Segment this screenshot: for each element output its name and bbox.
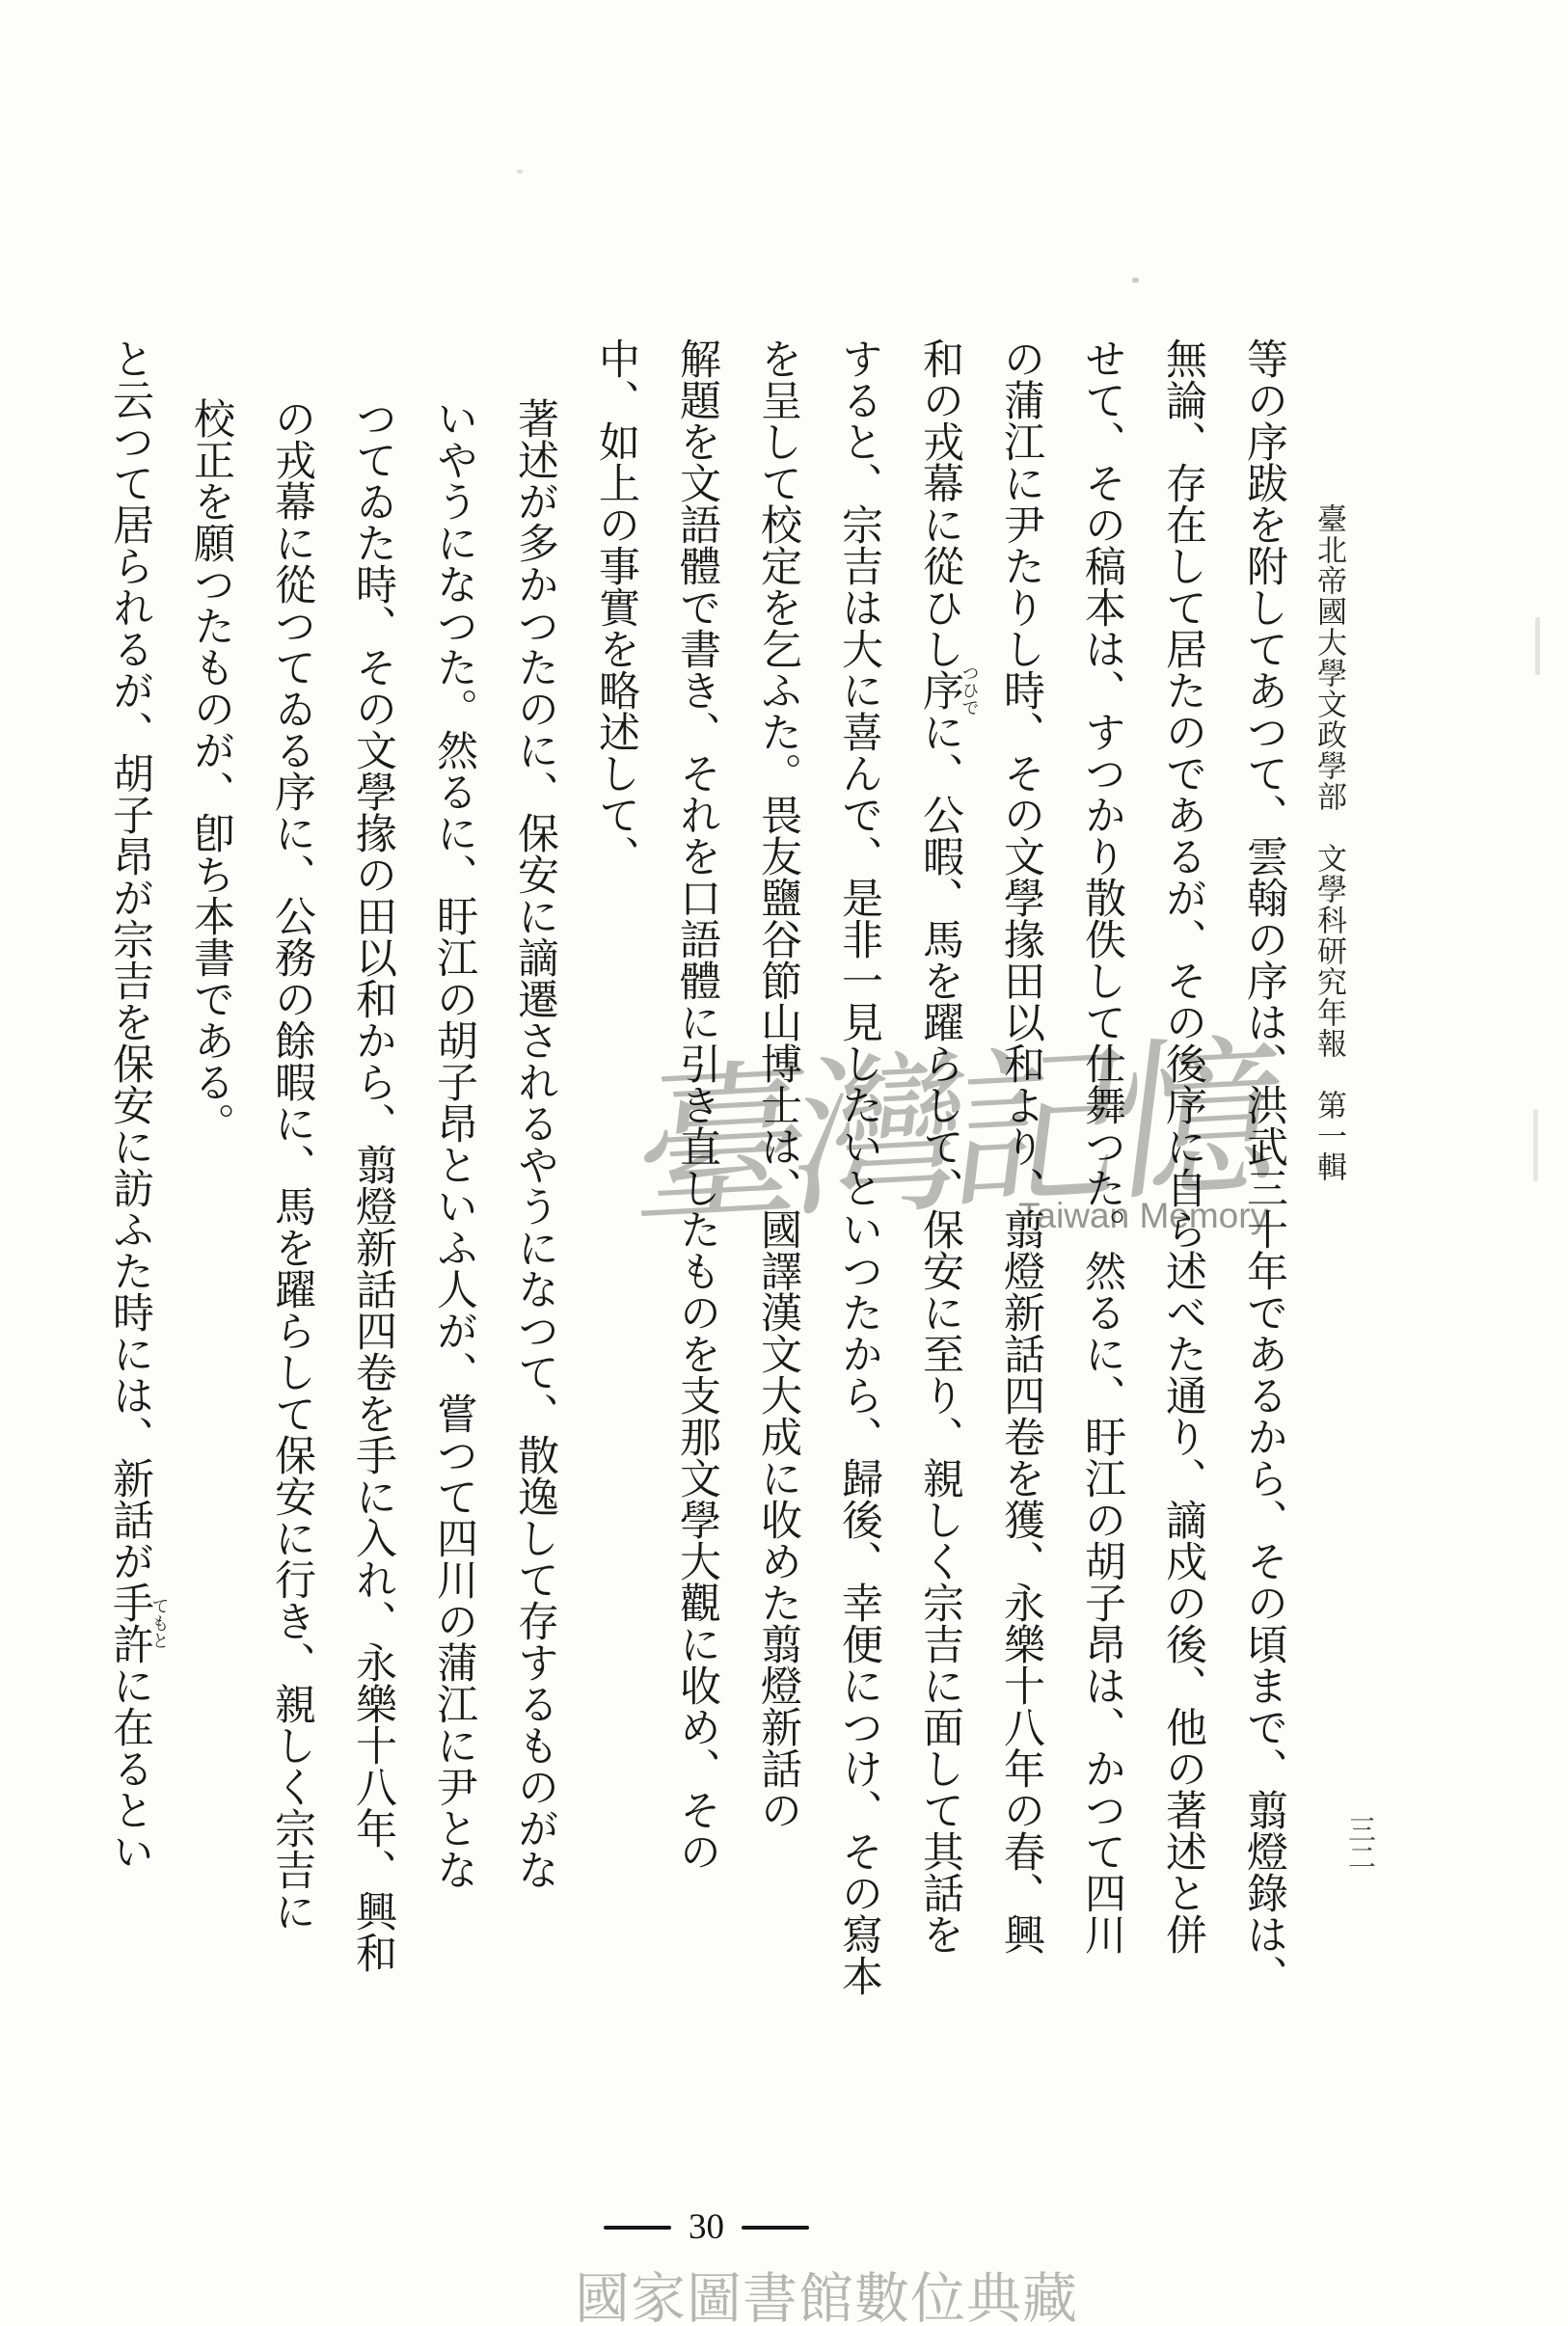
ruby-annotation: 手許てもと bbox=[107, 1582, 152, 1664]
column-text-segment: と云つて居られるが、胡子昂が宗吉を保安に訪ふた時には、新話が bbox=[107, 338, 152, 1582]
text-column-6: すると、宗吉は大に喜んで、是非一見したいといつたから、歸後、幸便につけ、その寫本 bbox=[818, 338, 899, 2096]
page-number-rule-right bbox=[742, 2226, 809, 2230]
text-column-4: の蒲江に尹たりし時、その文學掾田以和より、翦燈新話四卷を獲、永樂十八年の春、興 bbox=[980, 338, 1061, 2096]
quote-column-4: の戎幕に從つてゐる序に、公務の餘暇に、馬を躍らして保安に行き、親しく宗吉に bbox=[251, 338, 332, 2096]
text-column-5: 和の戎幕に從ひし序つひでに、公暇、馬を躍らして、保安に至り、親しく宗吉に面して其… bbox=[899, 338, 980, 2096]
quote-column-3: つてゐた時、その文學掾の田以和から、翦燈新話四卷を手に入れ、永樂十八年、興和 bbox=[332, 338, 413, 2096]
scan-speck bbox=[1132, 278, 1139, 283]
journal-title-header: 臺北帝國大學文政學部 文學科研究年報 第一輯 bbox=[1308, 503, 1351, 1182]
text-column-3: せて、その稿本は、すつかり散佚して仕舞つた。然るに、盱江の胡子昂は、かつて四川 bbox=[1061, 338, 1142, 2096]
page-number-row: 30 bbox=[604, 2206, 809, 2248]
text-column-15: と云つて居られるが、胡子昂が宗吉を保安に訪ふた時には、新話が手許てもとに在るとい bbox=[89, 338, 170, 2096]
page-number-rule-left bbox=[604, 2226, 671, 2230]
folio-number: 三二 bbox=[1340, 1815, 1380, 1871]
text-column-7: を呈して校定を乞ふた。畏友鹽谷節山博士は、國譯漢文大成に收めた翦燈新話の bbox=[737, 338, 818, 2096]
ruby-annotation: 序つひで bbox=[917, 669, 962, 711]
ruby-base: 手許 bbox=[107, 1582, 152, 1664]
scan-smudge bbox=[1533, 1109, 1538, 1181]
scan-smudge bbox=[1535, 617, 1540, 675]
column-text-segment: に、公暇、馬を躍らして、保安に至り、親しく宗吉に面して其話を bbox=[917, 711, 962, 1955]
text-column-1: 等の序跋を附してあつて、雲翰の序は、洪武三十年であるから、その頃まで、翦燈錄は、 bbox=[1223, 338, 1304, 2096]
body-text-block: 等の序跋を附してあつて、雲翰の序は、洪武三十年であるから、その頃まで、翦燈錄は、… bbox=[89, 338, 1304, 2096]
column-text-segment: 和の戎幕に從ひし bbox=[917, 338, 962, 669]
ruby-text: つひで bbox=[960, 664, 980, 717]
quote-column-1: 著述が多かつたのに、保安に謫遷されるやうになつて、散逸して存するものがな bbox=[494, 338, 575, 2096]
page-number: 30 bbox=[689, 2206, 724, 2248]
text-column-9: 中、如上の事實を略述して、 bbox=[575, 338, 656, 2096]
ruby-text: てもと bbox=[150, 1582, 170, 1664]
scan-speck bbox=[517, 170, 523, 174]
ruby-base: 序 bbox=[917, 664, 962, 717]
archive-watermark-label: 國家圖書館數位典藏 bbox=[575, 2255, 1078, 2326]
quote-column-5: 校正を願つたものが、卽ち本書である。 bbox=[170, 338, 251, 2096]
quote-column-2: いやうになつた。然るに、盱江の胡子昂といふ人が、嘗つて四川の蒲江に尹とな bbox=[413, 338, 494, 2096]
text-column-2: 無論、存在して居たのであるが、その後序に自ら述べた通り、謫戍の後、他の著述と併 bbox=[1142, 338, 1223, 2096]
column-text-segment: に在るとい bbox=[107, 1664, 152, 1872]
scanned-document-page: 臺北帝國大學文政學部 文學科研究年報 第一輯 三二 等の序跋を附してあつて、雲翰… bbox=[0, 0, 1568, 2326]
text-column-8: 解題を文語體で書き、それを口語體に引き直したものを支那文學大觀に收め、その bbox=[656, 338, 737, 2096]
